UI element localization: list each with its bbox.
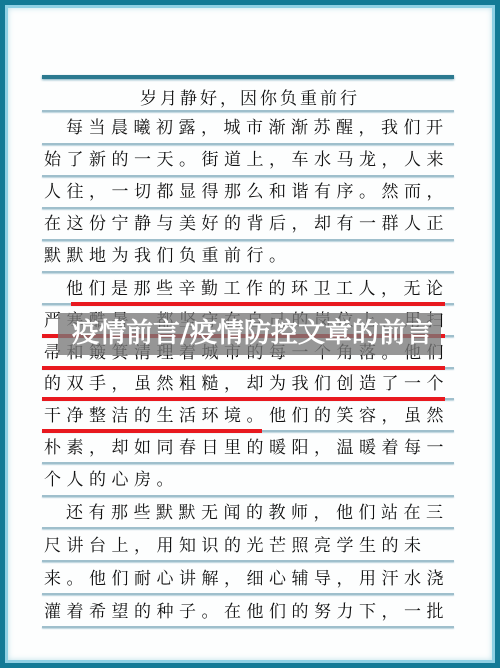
ruled-line [42, 271, 454, 273]
title-top-rule [42, 75, 454, 79]
text-line: 干净整洁的生活环境。他们的笑容，虽然 [44, 401, 454, 431]
text-line: 个人的心房。 [44, 465, 454, 495]
text-line: 还有那些默默无闻的教师，他们站在三 [44, 498, 454, 528]
text-line: 始了新的一天。街道上，车水马龙，人来 [44, 145, 454, 175]
text-line: 默默地为我们负重前行。 [44, 241, 454, 271]
text-line: 朴素，却如同春日里的暖阳，温暖着每一 [44, 433, 454, 463]
title-bottom-rule [42, 110, 454, 112]
text-line: 尺讲台上，用知识的光芒照亮学生的未 [44, 531, 454, 561]
text-line: 人往，一切都显得那么和谐有序。然而， [44, 177, 454, 207]
caption-text: 疫情前言/疫情防控文章的前言 [72, 314, 433, 354]
text-line: 的双手，虽然粗糙，却为我们创造了一个 [44, 369, 454, 399]
text-line: 灌着希望的种子。在他们的努力下，一批 [44, 597, 454, 627]
text-line: 在这份宁静与美好的背后，却有一群人正 [44, 209, 454, 239]
text-line: 每当晨曦初露，城市渐渐苏醒，我们开 [44, 113, 454, 143]
text-line: 他们是那些辛勤工作的环卫工人，无论 [44, 274, 454, 304]
ruled-line [42, 495, 454, 497]
document-title: 岁月静好，因你负重前行 [0, 84, 500, 109]
text-line: 来。他们耐心讲解，细心辅导，用汗水浇 [44, 564, 454, 594]
